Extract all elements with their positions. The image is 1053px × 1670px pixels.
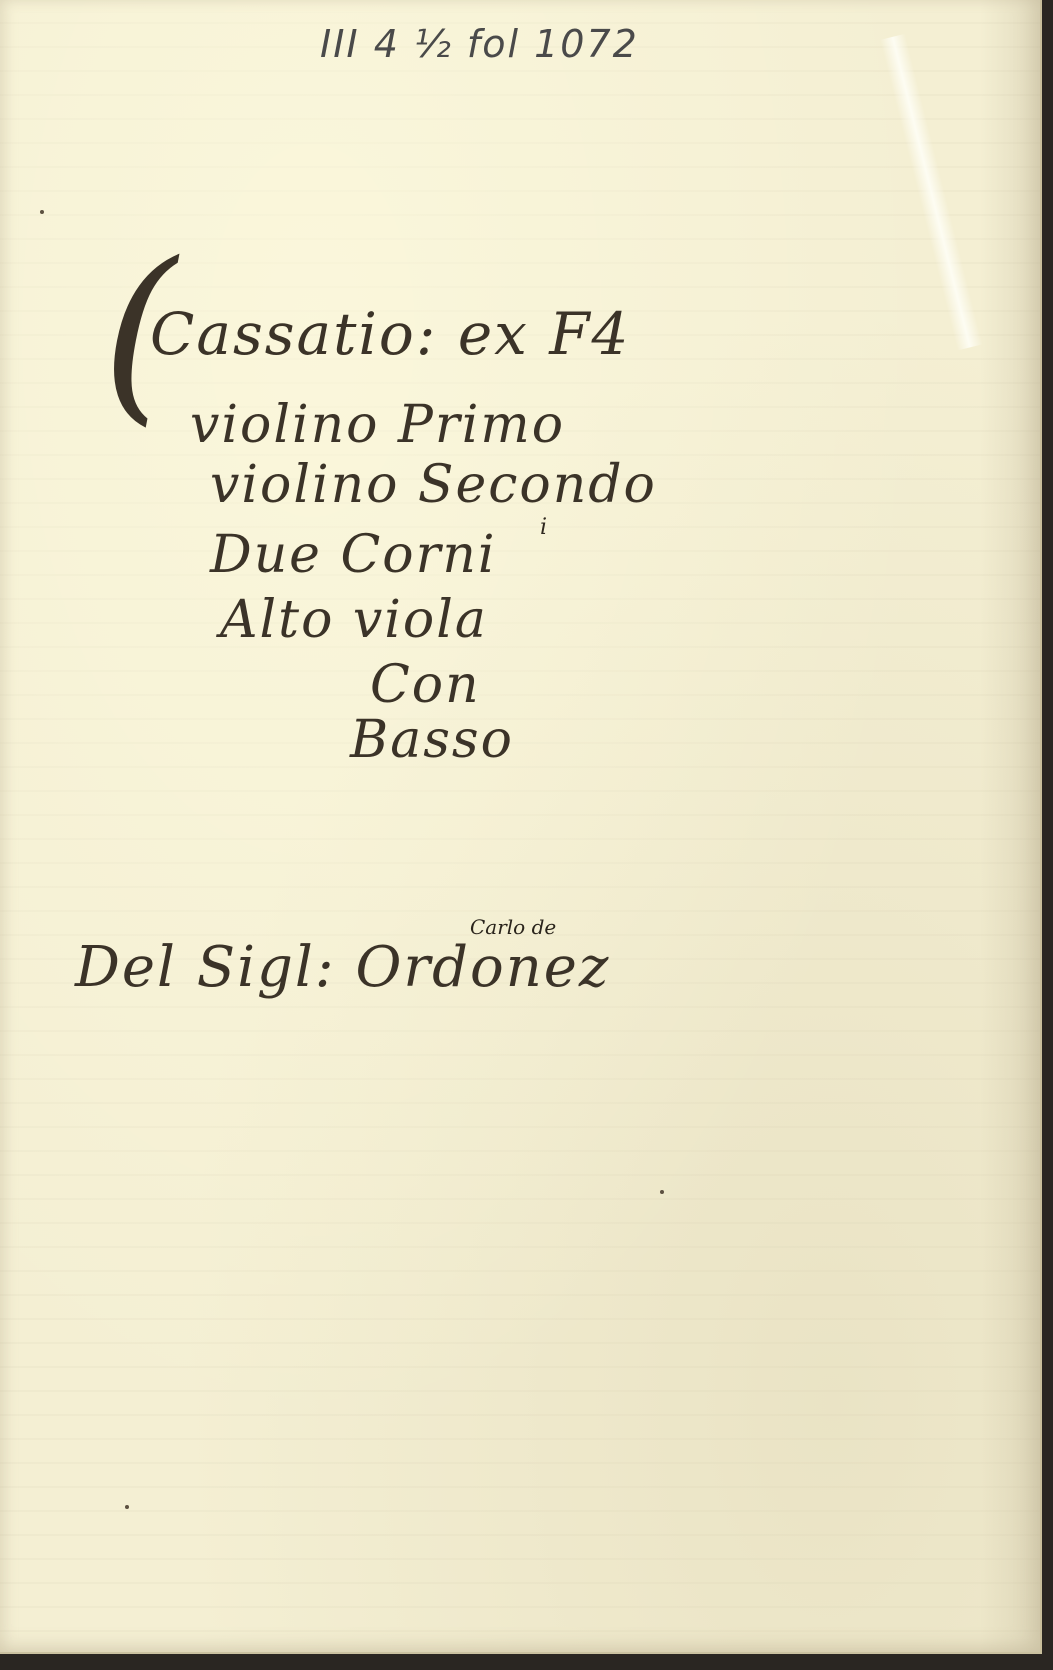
instrument-alto-viola: Alto viola [220, 590, 488, 650]
ink-spot [40, 210, 44, 214]
manuscript-page: III 4 ½ fol 1072 ( Cassatio: ex F4 violi… [0, 0, 1042, 1654]
ink-spot [660, 1190, 664, 1194]
instrument-violino-primo: violino Primo [190, 395, 565, 455]
title-text: Cassatio: ex F4 [150, 300, 630, 368]
instrument-due-corni: Due Corni [210, 525, 497, 585]
correction-mark: i [540, 515, 549, 540]
instrument-con: Con [370, 655, 481, 715]
ink-spot [125, 1505, 129, 1509]
composer-attribution: Del Sigl: Ordonez [75, 935, 610, 1000]
paper-edge [980, 0, 1040, 1652]
instrument-basso: Basso [350, 710, 514, 770]
paper-crease [880, 34, 983, 351]
instrument-violino-secondo: violino Secondo [210, 455, 657, 515]
shelfmark: III 4 ½ fol 1072 [320, 22, 639, 66]
